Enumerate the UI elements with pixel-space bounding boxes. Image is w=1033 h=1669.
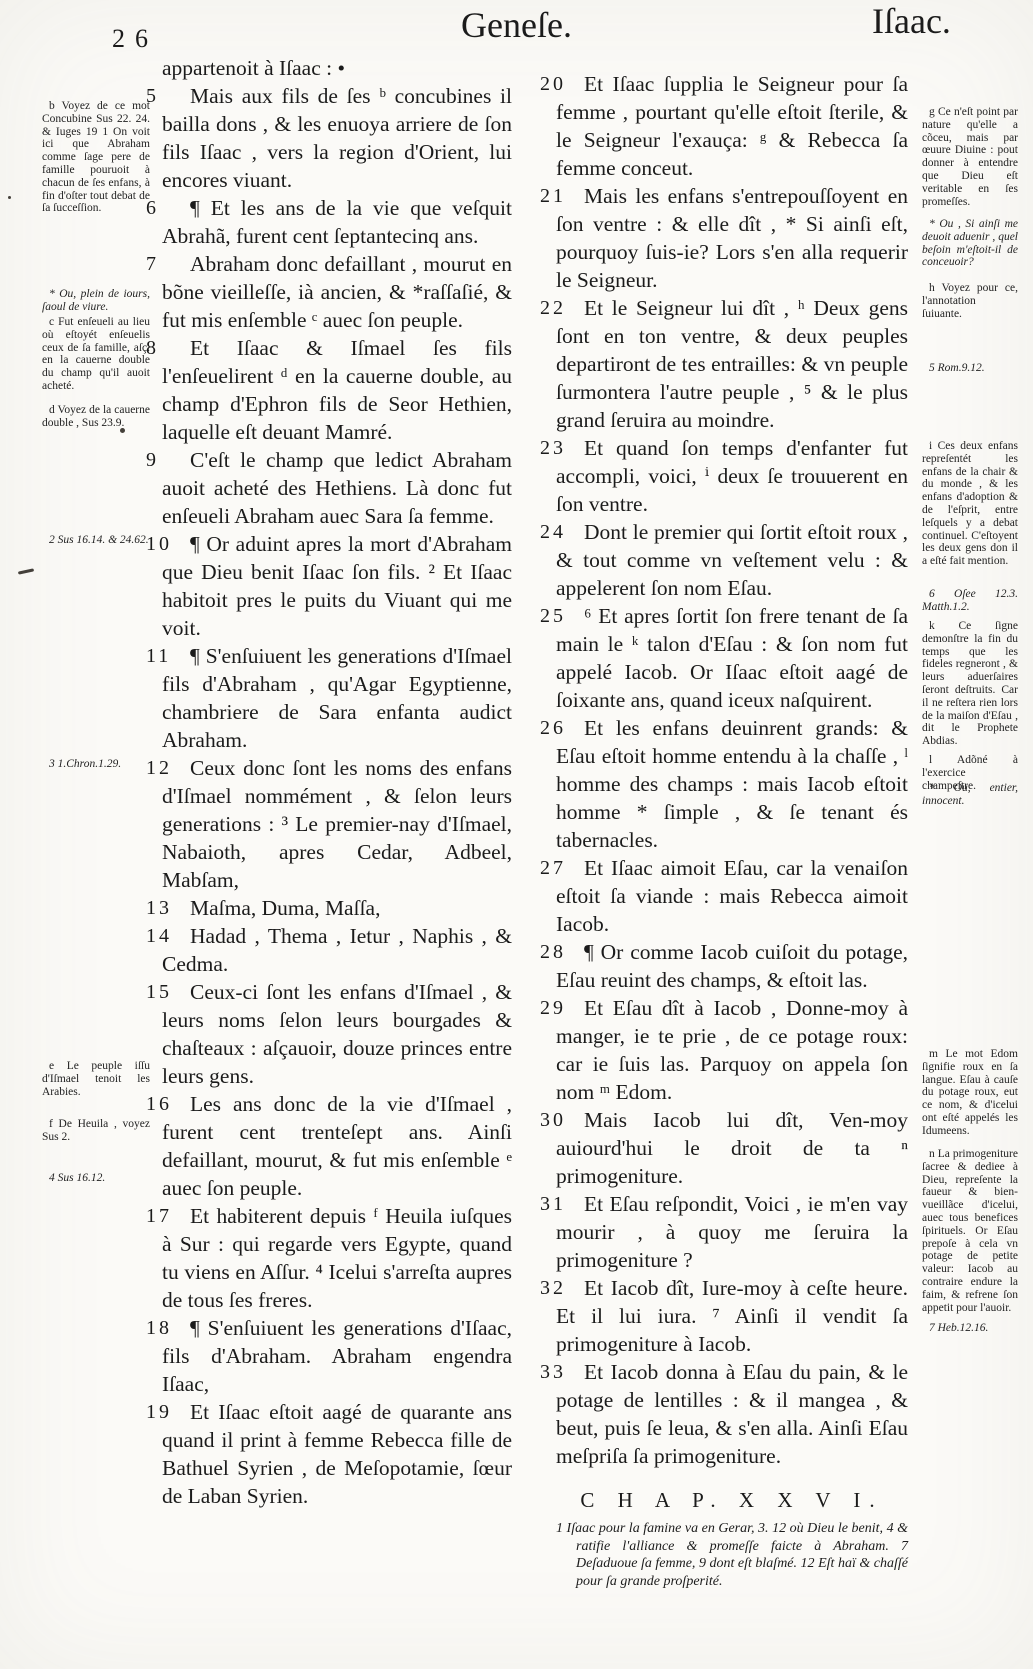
text-column-left: appartenoit à Iſaac : • 5Mais aux fils d… <box>162 54 512 1510</box>
verse-number: 21 <box>540 182 566 210</box>
verse-text: Abraham donc defaillant , mourut en bõne… <box>162 252 512 332</box>
verse-number: 28 <box>540 938 566 966</box>
verse-number: 27 <box>540 854 566 882</box>
margin-note: k Ce ſigne demonſtre la fin du temps que… <box>922 620 1018 748</box>
chapter-summary: 1 Iſaac pour la famine va en Gerar, 3. 1… <box>556 1520 908 1590</box>
verse-text: ¶ Or aduint apres la mort d'Abraham que … <box>162 532 512 640</box>
verse: 18¶ S'enſuiuent les generations d'Iſaac,… <box>162 1314 512 1398</box>
margin-note: * Ou, entier, innocent. <box>922 782 1018 808</box>
verse-text: ¶ Et les ans de la vie que veſquit Abrah… <box>162 196 512 248</box>
verse-text: ¶ Or comme Iacob cuiſoit du potage, Eſau… <box>556 940 908 992</box>
verses-left: 5Mais aux fils de ſes ᵇ concubines il ba… <box>162 82 512 1510</box>
verse-text: Et le Seigneur lui dît , ʰ Deux gens ſon… <box>556 296 908 432</box>
verse-text: Et Iſaac & Iſmael ſes fils l'enſeueliren… <box>162 336 512 444</box>
verse-number: 11 <box>146 642 171 670</box>
verse-text: Mais aux fils de ſes ᵇ concubines il bai… <box>162 84 512 192</box>
verse-text: Les ans donc de la vie d'Iſmael , furent… <box>162 1092 512 1200</box>
margin-note: n La primogeniture ſacree & dediee à Die… <box>922 1148 1018 1314</box>
verse-number: 29 <box>540 994 566 1022</box>
verse-number: 30 <box>540 1106 566 1134</box>
margin-note: i Ces deux enfans repreſentét les enfans… <box>922 440 1018 568</box>
verse: 30Mais Iacob lui dît, Ven-moy auiourd'hu… <box>556 1106 908 1190</box>
verse: 17Et habiterent depuis ᶠ Heuila iuſques … <box>162 1202 512 1314</box>
verse-number: 15 <box>146 978 172 1006</box>
verse-number: 14 <box>146 922 172 950</box>
verse-text: Maſma, Duma, Maſſa, <box>190 896 380 920</box>
margin-note: * Ou, plein de iours, ſaoul de viure. <box>42 288 150 314</box>
verse-number: 13 <box>146 894 172 922</box>
verse: 7Abraham donc defaillant , mourut en bõn… <box>162 250 512 334</box>
verse-number: 10 <box>146 530 172 558</box>
verse: 19Et Iſaac eſtoit aagé de quarante ans q… <box>162 1398 512 1510</box>
verse-text: Ceux donc ſont les noms des enfans d'Iſm… <box>162 756 512 892</box>
verse: 32Et Iacob dît, Iure-moy à ceſte heure. … <box>556 1274 908 1358</box>
verse-text: ¶ S'enſuiuent les generations d'Iſmael f… <box>162 644 512 752</box>
margin-note: 4 Sus 16.12. <box>42 1172 150 1185</box>
margin-note: e Le peuple iſſu d'Iſmael tenoit les Ara… <box>42 1060 150 1098</box>
margin-note: b Voyez de ce mot Concubine Sus 22. 24. … <box>42 100 150 215</box>
scan-speck <box>120 428 125 433</box>
verse-text: Mais les enfans s'entrepouſſoyent en ſon… <box>556 184 908 292</box>
verse-number: 32 <box>540 1274 566 1302</box>
verse-number: 31 <box>540 1190 566 1218</box>
verse: 16Les ans donc de la vie d'Iſmael , fure… <box>162 1090 512 1202</box>
verse-text: Dont le premier qui ſortit eſtoit roux ,… <box>556 520 908 600</box>
margin-note: m Le mot Edom ſignifie roux en ſa langue… <box>922 1048 1018 1138</box>
verse: 29Et Eſau dît à Iacob , Donne-moy à mang… <box>556 994 908 1106</box>
verse-number: 23 <box>540 434 566 462</box>
verse-text: Et quand ſon temps d'enfanter fut accomp… <box>556 436 908 516</box>
verse-text: Et les enfans deuinrent grands: & Eſau e… <box>556 716 908 852</box>
verse: 12Ceux donc ſont les noms des enfans d'I… <box>162 754 512 894</box>
verse: 11¶ S'enſuiuent les generations d'Iſmael… <box>162 642 512 754</box>
verse-number: 12 <box>146 754 172 782</box>
verse: 22Et le Seigneur lui dît , ʰ Deux gens ſ… <box>556 294 908 434</box>
verse-text: C'eſt le champ que ledict Abraham auoit … <box>162 448 512 528</box>
verse-number: 33 <box>540 1358 566 1386</box>
margin-note: 7 Heb.12.16. <box>922 1322 1018 1335</box>
verse-text: ¶ S'enſuiuent les generations d'Iſaac, f… <box>162 1316 512 1396</box>
margin-note: 3 1.Chron.1.29. <box>42 758 150 771</box>
verse: 23Et quand ſon temps d'enfanter fut acco… <box>556 434 908 518</box>
scan-speck <box>18 568 34 574</box>
margin-note: * Ou , Si ainſi me deuoit aduenir , quel… <box>922 218 1018 269</box>
verse-number: 20 <box>540 70 566 98</box>
verse-text: Et Eſau dît à Iacob , Donne-moy à manger… <box>556 996 908 1104</box>
verse-text: Ceux-ci ſont les enfans d'Iſmael , & leu… <box>162 980 512 1088</box>
margin-note: d Voyez de la cauerne double , Sus 23.9. <box>42 404 150 430</box>
scan-speck <box>8 196 11 199</box>
verses-right: 20Et Iſaac ſupplia le Seigneur pour ſa f… <box>556 70 908 1470</box>
verse-text: Et Iacob donna à Eſau du pain, & le pota… <box>556 1360 908 1468</box>
verse: 27Et Iſaac aimoit Eſau, car la venaiſon … <box>556 854 908 938</box>
verse: 24Dont le premier qui ſortit eſtoit roux… <box>556 518 908 602</box>
verse-number: 26 <box>540 714 566 742</box>
verse-number: 18 <box>146 1314 172 1342</box>
verse-text: Et Iſaac ſupplia le Seigneur pour ſa fem… <box>556 72 908 180</box>
verse-number: 17 <box>146 1202 172 1230</box>
verse-continuation: appartenoit à Iſaac : • <box>162 54 512 82</box>
verse-text: ⁶ Et apres ſortit ſon frere tenant de ſa… <box>556 604 908 712</box>
verse: 25⁶ Et apres ſortit ſon frere tenant de … <box>556 602 908 714</box>
margin-note: c Fut enſeueli au lieu où eſtoyét enſeue… <box>42 316 150 393</box>
right-margin-notes: g Ce n'eſt point par nature qu'elle a cõ… <box>922 0 1018 1669</box>
verse: 10¶ Or aduint apres la mort d'Abraham qu… <box>162 530 512 642</box>
verse-text: Hadad , Thema , Ietur , Naphis , & Cedma… <box>162 924 512 976</box>
verse-number: 19 <box>146 1398 172 1426</box>
verse-number: 8 <box>146 334 159 362</box>
verse-text: Et Eſau reſpondit, Voici , ie m'en vay m… <box>556 1192 908 1272</box>
verse: 8Et Iſaac & Iſmael ſes fils l'enſeuelire… <box>162 334 512 446</box>
verse-number: 22 <box>540 294 566 322</box>
verse-number: 6 <box>146 194 159 222</box>
margin-note: h Voyez pour ce, l'annotation ſuiuante. <box>922 282 1018 320</box>
verse: 33Et Iacob donna à Eſau du pain, & le po… <box>556 1358 908 1470</box>
verse: 9C'eſt le champ que ledict Abraham auoit… <box>162 446 512 530</box>
verse: 13Maſma, Duma, Maſſa, <box>162 894 512 922</box>
verse-text: Mais Iacob lui dît, Ven-moy auiourd'hui … <box>556 1108 908 1188</box>
verse-number: 5 <box>146 82 159 110</box>
verse: 14Hadad , Thema , Ietur , Naphis , & Ced… <box>162 922 512 978</box>
verse-text: Et Iſaac eſtoit aagé de quarante ans qua… <box>162 1400 512 1508</box>
verse: 28¶ Or comme Iacob cuiſoit du potage, Eſ… <box>556 938 908 994</box>
verse-text: Et Iſaac aimoit Eſau, car la venaiſon eſ… <box>556 856 908 936</box>
margin-note: 5 Rom.9.12. <box>922 362 1018 375</box>
verse: 31Et Eſau reſpondit, Voici , ie m'en vay… <box>556 1190 908 1274</box>
left-margin-notes: b Voyez de ce mot Concubine Sus 22. 24. … <box>42 0 150 1669</box>
margin-note: 2 Sus 16.14. & 24.62. <box>42 534 150 547</box>
margin-note: g Ce n'eſt point par nature qu'elle a cõ… <box>922 106 1018 208</box>
text-column-right: 20Et Iſaac ſupplia le Seigneur pour ſa f… <box>556 70 908 1590</box>
verse-number: 16 <box>146 1090 172 1118</box>
verse-number: 9 <box>146 446 159 474</box>
margin-note: f De Heuila , voyez Sus 2. <box>42 1118 150 1144</box>
verse-text: Et Iacob dît, Iure-moy à ceſte heure. Et… <box>556 1276 908 1356</box>
verse-number: 24 <box>540 518 566 546</box>
verse: 21Mais les enfans s'entrepouſſoyent en ſ… <box>556 182 908 294</box>
verse-number: 7 <box>146 250 159 278</box>
verse: 20Et Iſaac ſupplia le Seigneur pour ſa f… <box>556 70 908 182</box>
chapter-heading: C H A P. X X V I. <box>556 1486 908 1514</box>
verse: 5Mais aux fils de ſes ᵇ concubines il ba… <box>162 82 512 194</box>
margin-note: 6 Oſee 12.3. Matth.1.2. <box>922 588 1018 614</box>
verse-number: 25 <box>540 602 566 630</box>
verse: 6¶ Et les ans de la vie que veſquit Abra… <box>162 194 512 250</box>
verse-text: Et habiterent depuis ᶠ Heuila iuſques à … <box>162 1204 512 1312</box>
verse: 26Et les enfans deuinrent grands: & Eſau… <box>556 714 908 854</box>
book-page: 26 Geneſe. Iſaac. b Voyez de ce mot Conc… <box>0 0 1033 1669</box>
verse: 15Ceux-ci ſont les enfans d'Iſmael , & l… <box>162 978 512 1090</box>
